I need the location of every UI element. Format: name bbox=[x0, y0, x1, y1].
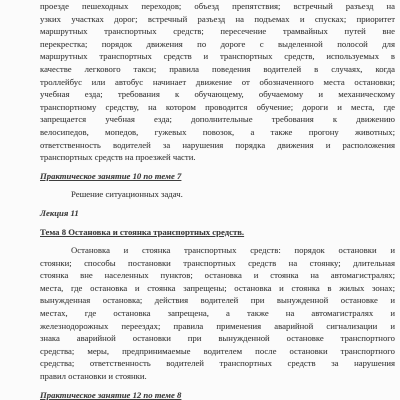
paragraph-traffic-rules-continued: проезде пешеходных переходов; объезд пре… bbox=[40, 0, 395, 164]
text-line: проезде пешеходных переходов; объезд пре… bbox=[40, 0, 395, 13]
text-line: места, где остановка и стоянка запрещены… bbox=[40, 282, 395, 295]
text-line: средства; меры, предпринимаемые водителе… bbox=[40, 345, 395, 358]
text-line: узких участках дорог; встречный разъезд … bbox=[40, 13, 395, 26]
text-line: запрещается учебная езда; дополнительные… bbox=[40, 113, 395, 126]
text-line: маршрутных транспортных средств и трансп… bbox=[40, 50, 395, 63]
text-line: средства; ответственность водителей тран… bbox=[40, 357, 395, 370]
text-line: транспортному средству, на котором прово… bbox=[40, 101, 395, 114]
text-line: вынужденная остановка; действия водителе… bbox=[40, 294, 395, 307]
document-page: проезде пешеходных переходов; объезд пре… bbox=[0, 0, 400, 400]
text-line: велосипедов, мопедов, гужевых повозок, а… bbox=[40, 126, 395, 139]
paragraph-theme-8-content: Остановка и стоянка транспортных средств… bbox=[40, 244, 395, 383]
text-line: стоянки; способы постановки транспортных… bbox=[40, 257, 395, 270]
text-line: качестве легкового такси; правила поведе… bbox=[40, 63, 395, 76]
text-line: транспортных средств на проезжей части. bbox=[40, 151, 395, 164]
text-line: железнодорожных переездах; правила приме… bbox=[40, 320, 395, 333]
text-line: ответственность водителей за нарушения п… bbox=[40, 139, 395, 152]
practice-10-description: Решение ситуационных задач. bbox=[40, 188, 395, 201]
text-line: перекрестка; порядок движения по дороге … bbox=[40, 38, 395, 51]
text-line: местах, где остановка запрещена, а также… bbox=[40, 307, 395, 320]
text-line: троллейбус или автобус начинает движение… bbox=[40, 76, 395, 89]
practice-session-12-heading: Практическое занятие 12 по теме 8 bbox=[40, 389, 395, 400]
lecture-11-heading: Лекция 11 bbox=[40, 207, 395, 220]
theme-8-heading: Тема 8 Остановка и стоянка транспортных … bbox=[40, 226, 395, 239]
text-line: стоянка вне населенных пунктов; остановк… bbox=[40, 269, 395, 282]
text-line: правил остановки и стоянки. bbox=[40, 370, 395, 383]
text-line: маршрутных транспортных средств; пересеч… bbox=[40, 25, 395, 38]
text-line: Остановка и стоянка транспортных средств… bbox=[40, 244, 395, 257]
text-line: учебная езда; требования к обучающему, о… bbox=[40, 88, 395, 101]
practice-session-10-heading: Практическое занятие 10 по теме 7 bbox=[40, 170, 395, 183]
text-line: знака аварийной остановки при вынужденно… bbox=[40, 332, 395, 345]
